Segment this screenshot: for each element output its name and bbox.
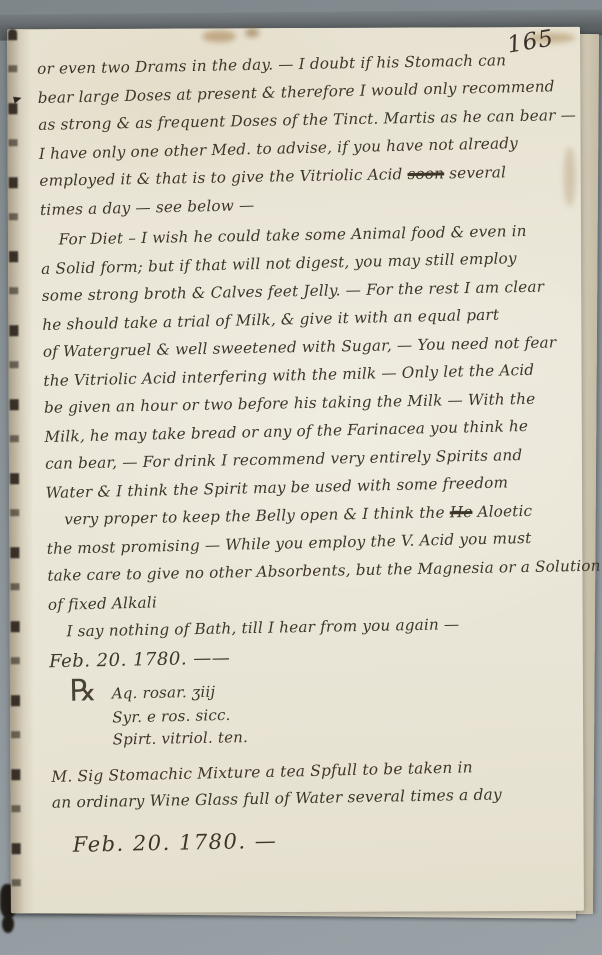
line-text: several	[444, 163, 506, 182]
manuscript-page: 165 or even two Drams in the day. — I do…	[7, 27, 584, 913]
prescription-block: ℞ Aq. rosar. ʒiij Syr. e ros. sicc. Spir…	[112, 674, 580, 752]
rx-recipe-icon: ℞	[69, 679, 97, 703]
line-text: employed it & that is to give the Vitrio…	[39, 165, 407, 190]
prescription-directions: M. Sig Stomachic Mixture a tea Spfull to…	[51, 753, 581, 818]
struck-word: He	[450, 503, 473, 521]
line-text: Aloetic	[472, 502, 532, 521]
closing-date-line: Feb. 20. 1780. —	[72, 821, 581, 859]
struck-word: soon	[407, 164, 444, 183]
foxing-stain	[245, 28, 259, 37]
foxing-stain	[202, 30, 236, 42]
letter-body: or even two Drams in the day. — I doubt …	[37, 45, 582, 859]
line-text: very proper to keep the Belly open & I t…	[64, 503, 450, 528]
binding-mark	[2, 915, 14, 933]
